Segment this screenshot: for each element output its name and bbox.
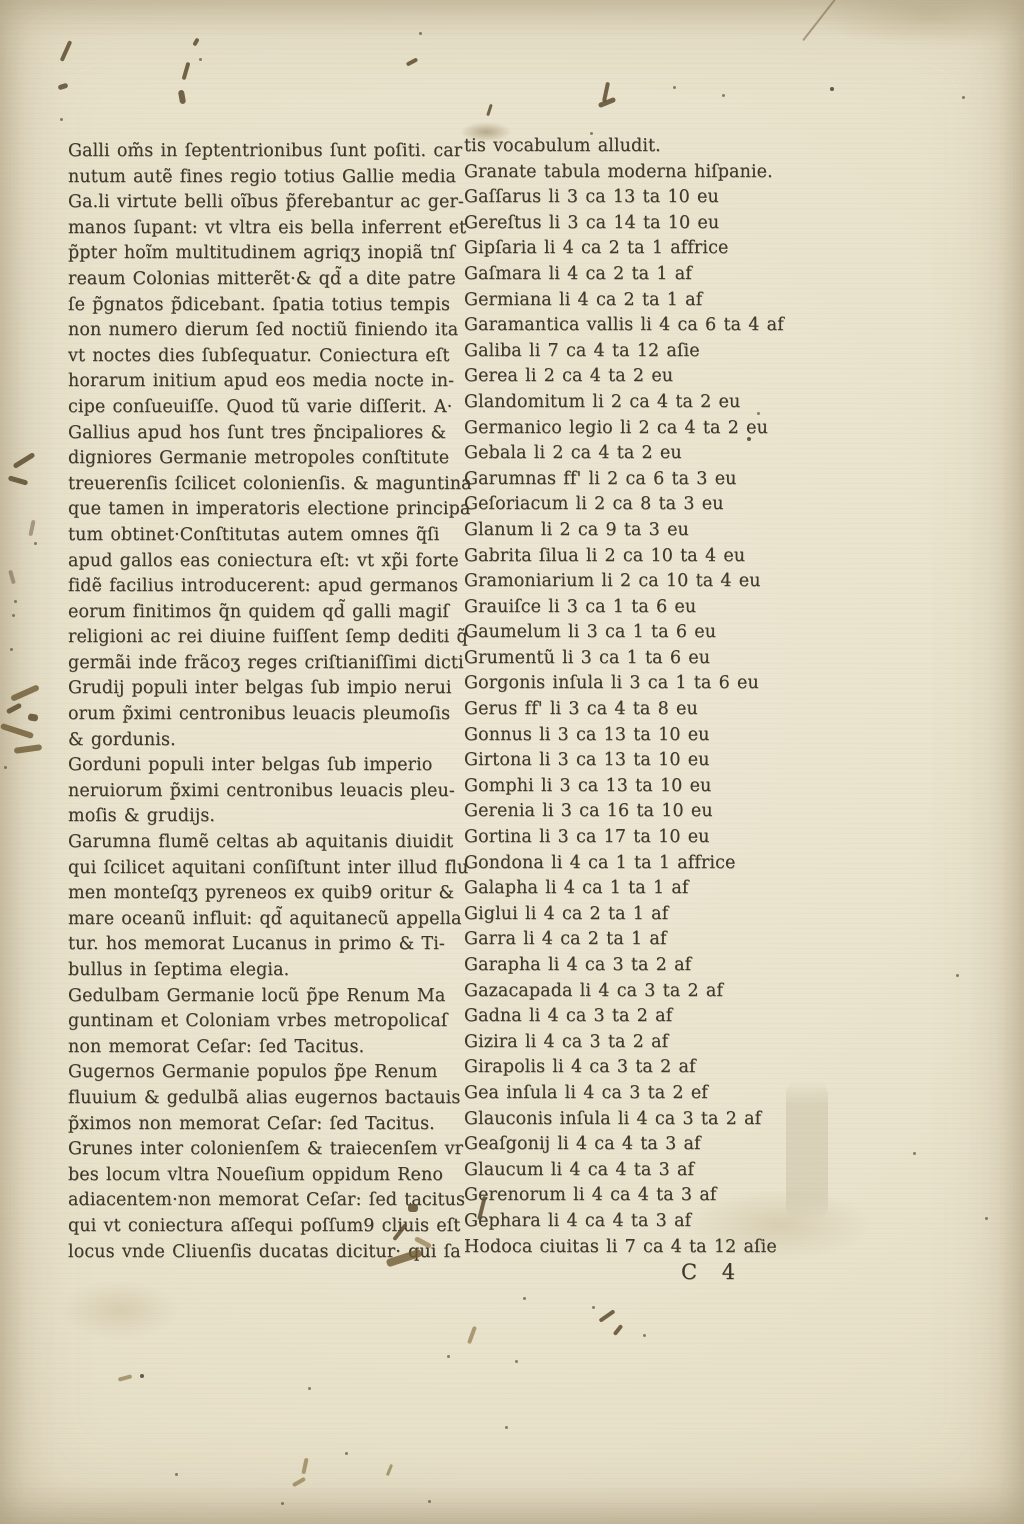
text-line: Geaſgonij li 4 ca 4 ta 3 af [464,1132,874,1158]
pen-trial [0,723,34,739]
text-line: Galapha li 4 ca 1 ta 1 af [464,876,874,902]
text-line: religioni ac rei diuine fuiſſent ſemp de… [68,625,440,651]
text-line: moſis & grudijs. [68,804,440,830]
ink-speck [590,132,593,135]
ink-speck [592,1306,595,1309]
signature-mark: C 4 [681,1260,744,1284]
pen-trial [14,744,43,754]
text-line: Gortina li 3 ca 17 ta 10 eu [464,825,874,851]
ink-speck [428,1500,431,1503]
text-line: digniores Germanie metropoles conſtitute [68,446,440,472]
left-text-column: Galli om̃s in ſeptentrionibus ſunt poſit… [68,139,440,1265]
text-line: Gugernos Germanie populos p̃pe Renum [68,1060,440,1086]
text-line: Germanico legio li 2 ca 4 ta 2 eu [464,416,874,442]
text-line: Girapolis li 4 ca 3 ta 2 af [464,1055,874,1081]
text-line: Gaumelum li 3 ca 1 ta 6 eu [464,620,874,646]
text-line: Granate tabula moderna hiſpanie. [464,160,874,186]
text-line: Grumentũ li 3 ca 1 ta 6 eu [464,646,874,672]
pen-trial [8,475,29,485]
ink-speck [419,32,422,35]
text-line: eorum finitimos q̃n quidem qd̃ galli mag… [68,600,440,626]
text-line: qui ſcilicet aquitani conſiſtunt inter i… [68,856,440,882]
pen-trial [292,1477,306,1487]
text-line: Gazacapada li 4 ca 3 ta 2 af [464,979,874,1005]
text-line: Gadna li 4 ca 3 ta 2 af [464,1004,874,1030]
text-line: Ga.li virtute belli oĩbus p̃ferebantur a… [68,190,440,216]
text-line: Garamantica vallis li 4 ca 6 ta 4 af [464,313,874,339]
text-line: Gallius apud hos ſunt tres p̃ncipaliores… [68,421,440,447]
text-line: qui vt coniectura aſſequi poſſum9 cliuis… [68,1214,440,1240]
ink-mark [406,57,418,66]
text-line: Gedulbam Germanie locũ p̃pe Renum Ma [68,984,440,1010]
text-line: Gomphi li 3 ca 13 ta 10 eu [464,774,874,800]
text-line: Glaucum li 4 ca 4 ta 3 af [464,1158,874,1184]
ink-mark [57,83,68,91]
ink-speck [505,1426,508,1429]
text-line: Gerenorum li 4 ca 4 ta 3 af [464,1183,874,1209]
pen-trial [28,520,35,536]
text-line: non numero dierum ſed noctiũ finiendo it… [68,318,440,344]
ink-speck [140,1374,144,1378]
text-line: Galli om̃s in ſeptentrionibus ſunt poſit… [68,139,440,165]
text-line: p̃pter hoĩm multitudinem agriqʒ inopiã t… [68,241,440,267]
ink-speck [4,766,7,769]
text-line: nutum autẽ fines regio totius Gallie med… [68,165,440,191]
ink-mark [192,38,199,47]
text-line: Hodoca ciuitas li 7 ca 4 ta 12 aſie [464,1235,874,1261]
text-line: Gaſmara li 4 ca 2 ta 1 af [464,262,874,288]
text-line: Gephara li 4 ca 4 ta 3 af [464,1209,874,1235]
pen-trial [386,1464,393,1476]
text-line: neruiorum p̃ximi centronibus leuacis ple… [68,779,440,805]
ink-speck [199,58,202,61]
text-line: non memorat Ceſar: ſed Tacitus. [68,1035,440,1061]
text-line: Garumnas ff' li 2 ca 6 ta 3 eu [464,467,874,493]
book-page-scan: Galli om̃s in ſeptentrionibus ſunt poſit… [0,0,1024,1524]
text-line: Geſoriacum li 2 ca 8 ta 3 eu [464,492,874,518]
text-line: Girtona li 3 ca 13 ta 10 eu [464,748,874,774]
text-line: fidẽ facilius introducerent: apud german… [68,574,440,600]
text-line: guntinam et Coloniam vrbes metropolicaſ [68,1009,440,1035]
ink-speck [175,1473,178,1476]
text-line: Gorduni populi inter belgas ſub imperio [68,753,440,779]
text-line: germãi inde frãcoʒ reges criſtianiſſimi … [68,651,440,677]
pen-trial [27,713,38,722]
text-line: Gonnus li 3 ca 13 ta 10 eu [464,723,874,749]
text-line: Gipſaria li 4 ca 2 ta 1 affrice [464,236,874,262]
text-line: Glauconis inſula li 4 ca 3 ta 2 af [464,1107,874,1133]
text-line: Gerus ff' li 3 ca 4 ta 8 eu [464,697,874,723]
text-line: Grunes inter colonienſem & traiecenſem v… [68,1137,440,1163]
ink-speck [447,1355,450,1358]
text-line: orum p̃ximi centronibus leuacis pleumoſi… [68,702,440,728]
text-line: tur. hos memorat Lucanus in primo & Ti- [68,932,440,958]
paper-stain [60,1280,180,1340]
ink-speck [956,974,959,977]
text-line: Garumna flumẽ celtas ab aquitanis diuidi… [68,830,440,856]
text-line: Germiana li 4 ca 2 ta 1 af [464,288,874,314]
text-line: Garra li 4 ca 2 ta 1 af [464,927,874,953]
pen-trial [6,703,22,715]
pen-trial [467,1326,477,1344]
text-line: Galiba li 7 ca 4 ta 12 aſie [464,339,874,365]
text-line: Gramoniarium li 2 ca 10 ta 4 eu [464,569,874,595]
ink-speck [281,1502,284,1505]
text-line: treuerenſis ſcilicet colonienſis. & magu… [68,472,440,498]
text-line: Gereſtus li 3 ca 14 ta 10 eu [464,211,874,237]
ink-mark [486,104,493,116]
text-line: Gerenia li 3 ca 16 ta 10 eu [464,799,874,825]
text-line: p̃ximos non memorat Ceſar: ſed Tacitus. [68,1112,440,1138]
text-line: Glandomitum li 2 ca 4 ta 2 eu [464,390,874,416]
text-line: ſe p̃gnatos p̃dicebant. ſpatia totius te… [68,293,440,319]
ink-speck [985,1217,988,1220]
ink-speck [308,1387,311,1390]
ink-speck [962,96,965,99]
pen-trial [8,570,16,585]
text-line: bes locum vltra Noueſium oppidum Reno [68,1163,440,1189]
text-line: Garapha li 4 ca 3 ta 2 af [464,953,874,979]
text-line: vt noctes dies ſubſequatur. Coniectura e… [68,344,440,370]
ink-speck [515,1360,518,1363]
ink-blot [408,1204,418,1212]
ink-speck [12,614,15,617]
ink-speck [722,94,725,97]
text-line: mare oceanũ influit: qd̃ aquitanecũ appe… [68,907,440,933]
text-line: Gabrita ſilua li 2 ca 10 ta 4 eu [464,544,874,570]
ink-speck [10,648,13,651]
text-line: Glanum li 2 ca 9 ta 3 eu [464,518,874,544]
text-line: reaum Colonias mitterẽt·& qd̃ a dite pat… [68,267,440,293]
text-line: apud gallos eas coniectura eſt: vt xp̃i … [68,549,440,575]
text-line: Gorgonis inſula li 3 ca 1 ta 6 eu [464,671,874,697]
ink-speck [523,1297,526,1300]
text-line: tum obtinet·Conſtitutas autem omnes q̃ſi [68,523,440,549]
text-line: locus vnde Cliuenſis ducatas dicitur· qu… [68,1240,440,1266]
pen-trial [12,452,35,469]
text-line: horarum initium apud eos media nocte in- [68,369,440,395]
pen-trial [301,1458,308,1474]
ink-mark [182,62,191,80]
right-text-column: tis vocabulum alludit.Granate tabula mod… [464,134,874,1260]
text-line: bullus in ſeptima elegia. [68,958,440,984]
ink-speck [60,118,63,121]
text-line: que tamen in imperatoris electione princ… [68,497,440,523]
text-line: men monteſqʒ pyreneos ex quib9 oritur & [68,881,440,907]
ink-speck [673,86,676,89]
text-line: Gaſſarus li 3 ca 13 ta 10 eu [464,185,874,211]
text-line: Gondona li 4 ca 1 ta 1 affrice [464,851,874,877]
ink-speck [830,87,834,91]
text-line: tis vocabulum alludit. [464,134,874,160]
text-line: Giglui li 4 ca 2 ta 1 af [464,902,874,928]
ink-speck [14,600,17,603]
ink-mark [178,90,186,105]
ink-speck [345,1452,348,1455]
ink-speck [34,542,37,545]
text-line: Grauiſce li 3 ca 1 ta 6 eu [464,595,874,621]
pen-trial [613,1324,624,1336]
text-line: Gerea li 2 ca 4 ta 2 eu [464,364,874,390]
ink-speck [643,1334,646,1337]
pen-trial [118,1374,133,1381]
text-line: Gea inſula li 4 ca 3 ta 2 ef [464,1081,874,1107]
ink-mark [60,40,73,62]
ink-smudge [460,122,512,142]
ink-speck [913,1152,916,1155]
ink-speck [747,437,751,441]
text-line: Grudij populi inter belgas ſub impio ner… [68,676,440,702]
text-line: cipe conſueuiſſe. Quod tũ varie diſſerit… [68,395,440,421]
text-line: adiacentem·non memorat Ceſar: ſed tacitu… [68,1188,440,1214]
ink-speck [757,412,760,415]
text-line: fluuium & gedulbã alias eugernos bactaui… [68,1086,440,1112]
text-line: Gebala li 2 ca 4 ta 2 eu [464,441,874,467]
text-line: manos ſupant: vt vltra eis bella inferre… [68,216,440,242]
ink-mark [598,97,617,108]
pen-trial [10,684,40,702]
paper-stain [820,0,1024,50]
text-line: Gizira li 4 ca 3 ta 2 af [464,1030,874,1056]
pen-trial [598,1309,615,1323]
text-line: & gordunis. [68,728,440,754]
